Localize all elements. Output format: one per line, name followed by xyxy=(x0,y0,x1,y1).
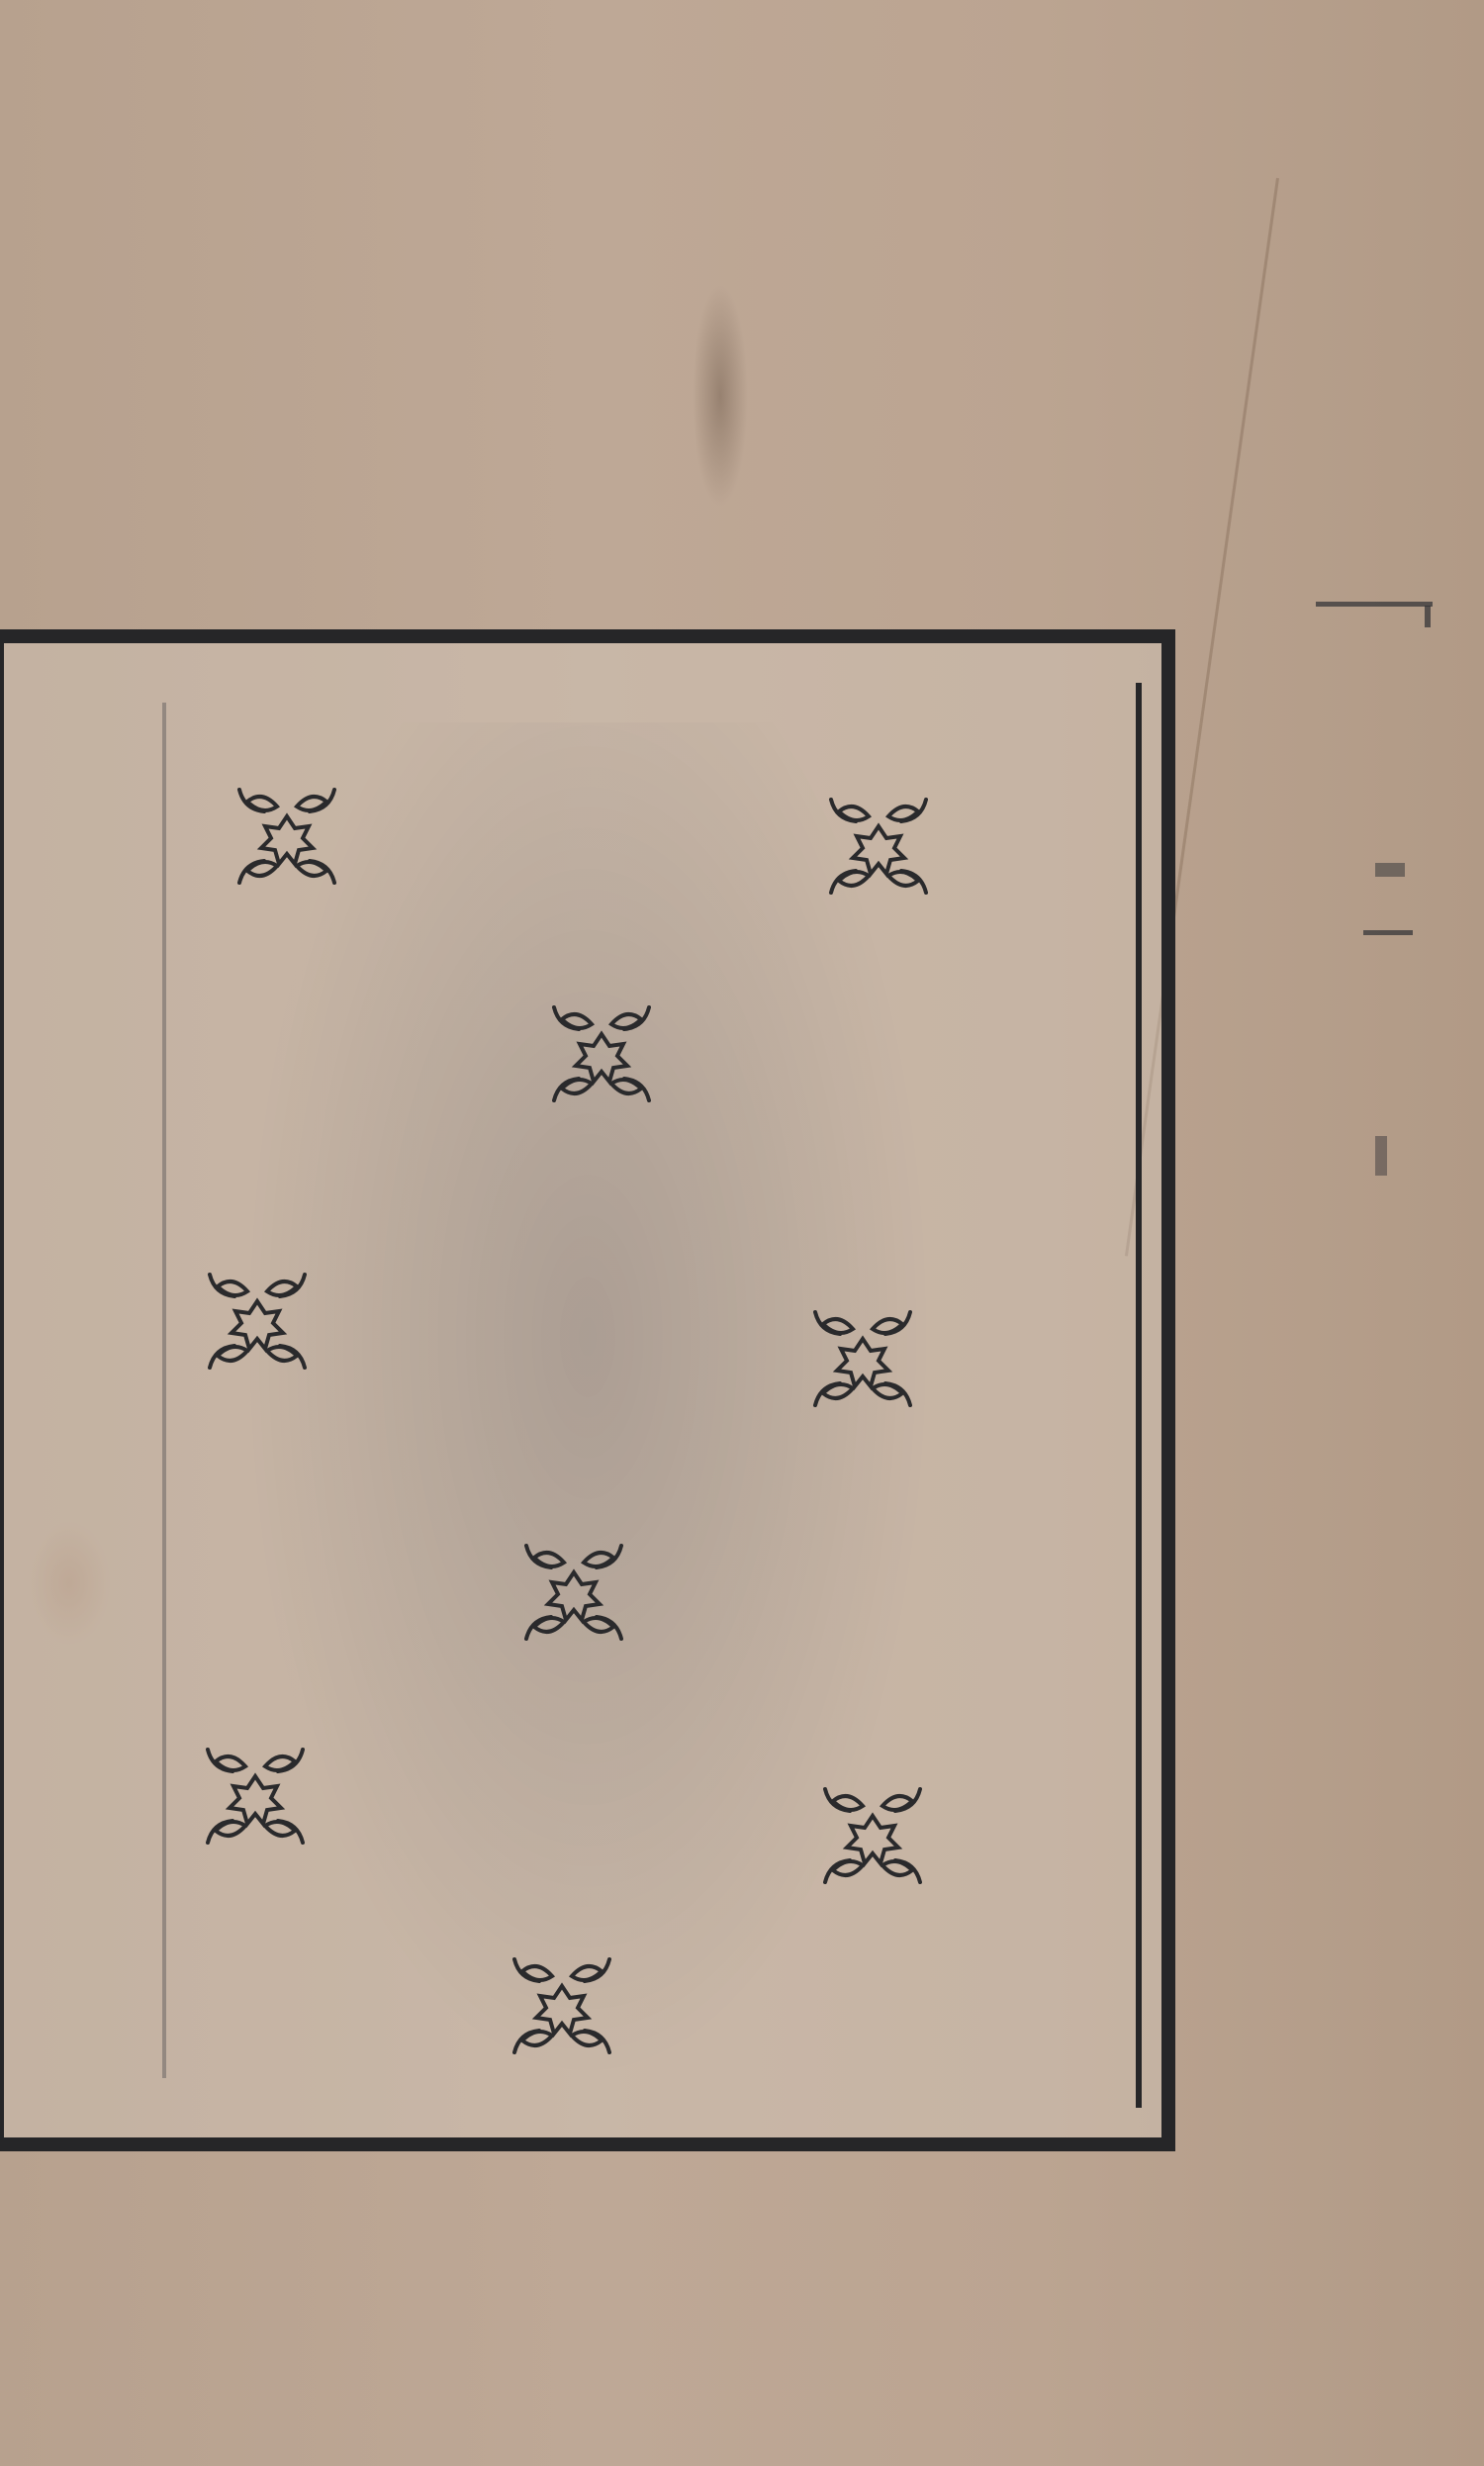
printed-frame xyxy=(0,629,1175,2151)
inner-border-line xyxy=(1136,683,1142,2108)
floral-motif-icon xyxy=(198,1267,317,1375)
margin-mark xyxy=(1375,863,1405,877)
floral-motif-icon xyxy=(503,1951,621,2060)
floral-motif-icon xyxy=(228,782,346,891)
margin-mark xyxy=(1425,606,1431,627)
floral-motif-icon xyxy=(196,1742,315,1850)
inner-column-line xyxy=(162,703,166,2078)
floral-motif-icon xyxy=(819,792,938,901)
floral-motif-icon xyxy=(803,1304,922,1413)
margin-mark xyxy=(1375,1136,1387,1176)
margin-mark xyxy=(1363,930,1413,935)
floral-motif-icon xyxy=(542,999,661,1108)
margin-mark xyxy=(1316,602,1433,607)
floral-motif-icon xyxy=(813,1781,932,1890)
floral-motif-icon xyxy=(514,1538,633,1647)
